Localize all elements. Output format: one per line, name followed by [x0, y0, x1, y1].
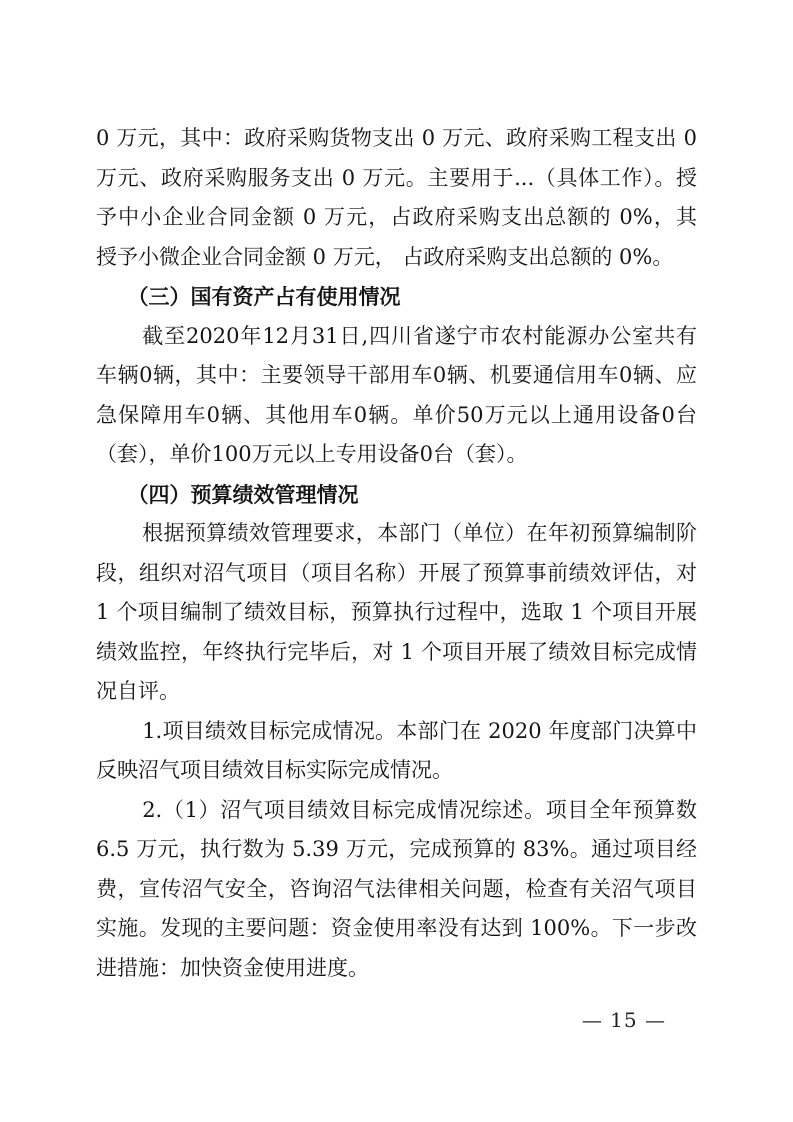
- body-line: 授予小微企业合同金额 0 万元， 占政府采购支出总额的 0%。: [96, 238, 697, 278]
- body-line: 绩效监控，年终执行完毕后，对 1 个项目开展了绩效目标完成情: [96, 633, 697, 673]
- body-line: 予中小企业合同金额 0 万元，占政府采购支出总额的 0%，其中：: [96, 198, 697, 238]
- body-line: 1.项目绩效目标完成情况。本部门在 2020 年度部门决算中: [96, 712, 697, 752]
- body-line: 反映沼气项目绩效目标实际完成情况。: [96, 751, 697, 791]
- section-heading-budget-performance: （四）预算绩效管理情况: [96, 475, 697, 515]
- page-number: — 15 —: [582, 1008, 666, 1032]
- body-line: 1 个项目编制了绩效目标，预算执行过程中，选取 1 个项目开展: [96, 593, 697, 633]
- body-line: 截至2020年12月31日,四川省遂宁市农村能源办公室共有: [96, 317, 697, 357]
- body-line: 进措施：加快资金使用进度。: [96, 949, 697, 989]
- body-line: 况自评。: [96, 672, 697, 712]
- body-line: 0 万元，其中：政府采购货物支出 0 万元、政府采购工程支出 0: [96, 119, 697, 159]
- document-body: 0 万元，其中：政府采购货物支出 0 万元、政府采购工程支出 0 万元、政府采购…: [96, 119, 697, 988]
- body-line: 实施。发现的主要问题：资金使用率没有达到 100%。下一步改: [96, 909, 697, 949]
- body-line: 费，宣传沼气安全，咨询沼气法律相关问题，检查有关沼气项目: [96, 870, 697, 910]
- section-heading-state-assets: （三）国有资产占有使用情况: [96, 277, 697, 317]
- body-line: 段，组织对沼气项目（项目名称）开展了预算事前绩效评估，对: [96, 554, 697, 594]
- body-line: 6.5 万元，执行数为 5.39 万元，完成预算的 83%。通过项目经: [96, 830, 697, 870]
- body-line: 根据预算绩效管理要求，本部门（单位）在年初预算编制阶: [96, 514, 697, 554]
- body-line: 万元、政府采购服务支出 0 万元。主要用于...（具体工作）。授: [96, 159, 697, 199]
- body-line: （套），单价100万元以上专用设备0台（套）。: [96, 435, 697, 475]
- body-line: 车辆0辆，其中：主要领导干部用车0辆、机要通信用车0辆、应: [96, 356, 697, 396]
- body-line: 急保障用车0辆、其他用车0辆。单价50万元以上通用设备0台: [96, 396, 697, 436]
- body-line: 2.（1）沼气项目绩效目标完成情况综述。项目全年预算数: [96, 791, 697, 831]
- document-page: 0 万元，其中：政府采购货物支出 0 万元、政府采购工程支出 0 万元、政府采购…: [0, 0, 793, 1122]
